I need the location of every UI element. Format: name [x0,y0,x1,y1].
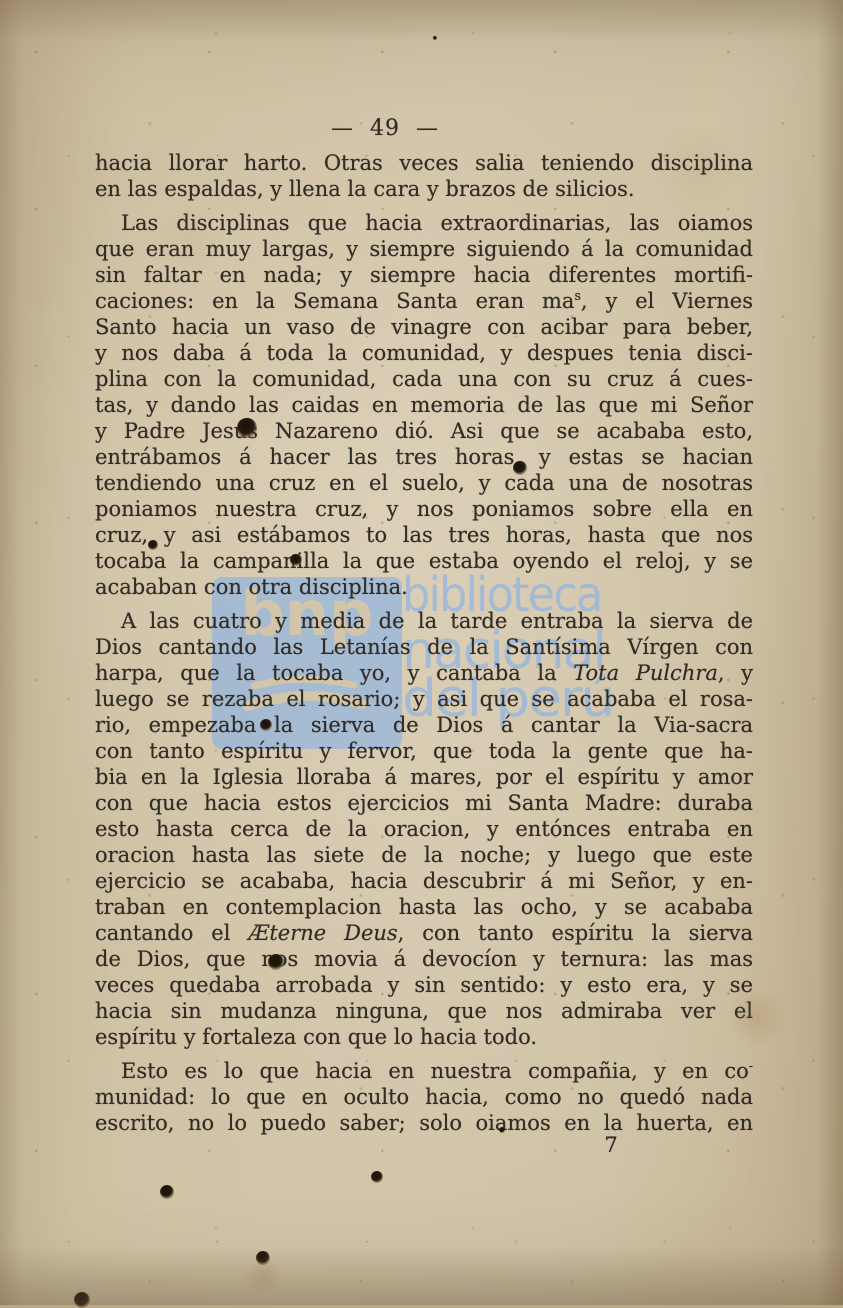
text-line: tas, y dando las caidas en memoria de la… [95,392,753,418]
text-line: ejercicio se acababa, hacia descubrir á … [95,868,753,894]
text-line: escrito, no lo puedo saber; solo oiamos … [95,1110,753,1136]
text-line: plina con la comunidad, cada una con su … [95,366,753,392]
scanned-book-page: bnp biblioteca nacional del perú — 49 — … [0,0,843,1305]
paper-stain [243,1256,283,1296]
text-line: A las cuatro y media de la tarde entraba… [95,608,753,634]
text-line: esto hasta cerca de la oracion, y entónc… [95,816,753,842]
text-line: traban en contemplacion hasta las ocho, … [95,894,753,920]
text-line: poniamos nuestra cruz, y nos poniamos so… [95,496,753,522]
text-line: sin faltar en nada; y siempre hacia dife… [95,262,753,288]
text-line: Esto es lo que hacia en nuestra compañia… [95,1058,753,1084]
text-line: que eran muy largas, y siempre siguiendo… [95,236,753,262]
text-line: de Dios, que nos movia á devocíon y tern… [95,946,753,972]
text-line: Las disciplinas que hacia extraordinaria… [95,210,753,236]
text-line: con tanto espíritu y fervor, que toda la… [95,738,753,764]
text-line: oracion hasta las siete de la noche; y l… [95,842,753,868]
text-line: Santo hacia un vaso de vinagre con aciba… [95,314,753,340]
text-line: munidad: lo que en oculto hacia, como no… [95,1084,753,1110]
text-line: hacia sin mudanza ninguna, que nos admir… [95,998,753,1024]
text-line: Dios cantando las Letanías de la Santísi… [95,634,753,660]
text-line: luego se rezaba el rosario; y asi que se… [95,686,753,712]
text-line: harpa, que la tocaba yo, y cantaba la To… [95,660,753,686]
text-line: tocaba la campanilla la que estaba oyend… [95,548,753,574]
text-line: cruz, y asi estábamos to las tres horas,… [95,522,753,548]
text-line: espíritu y fortaleza con que lo hacia to… [95,1024,753,1050]
text-line: en las espaldas, y llena la cara y brazo… [95,176,753,202]
ink-spot [160,1185,174,1199]
text-line: acababan con otra disciplina. [95,574,753,600]
text-line: cantando el Æterne Deus, con tanto espír… [95,920,753,946]
page-number: — 49 — [95,116,675,141]
text-line: con que hacia estos ejercicios mi Santa … [95,790,753,816]
text-line: entrábamos á hacer las tres horas, y est… [95,444,753,470]
text-line: tendiendo una cruz en el suelo, y cada u… [95,470,753,496]
signature-mark: 7 [598,1133,624,1157]
text-line: y nos daba á toda la comunidad, y despue… [95,340,753,366]
text-line: veces quedaba arrobada y sin sentido: y … [95,972,753,998]
ink-spot [256,1251,270,1265]
text-line: y Padre Jesus Nazareno dió. Asi que se a… [95,418,753,444]
ink-spot [371,1171,384,1184]
text-line: hacia llorar harto. Otras veces salia te… [95,150,753,176]
body-text: hacia llorar harto. Otras veces salia te… [95,150,753,1136]
text-line: bia en la Iglesia lloraba á mares, por e… [95,764,753,790]
text-line: caciones: en la Semana Santa eran mas, y… [95,288,753,314]
ink-spot [433,36,438,41]
ink-spot [74,1292,90,1305]
text-line: rio, empezaba la sierva de Dios á cantar… [95,712,753,738]
